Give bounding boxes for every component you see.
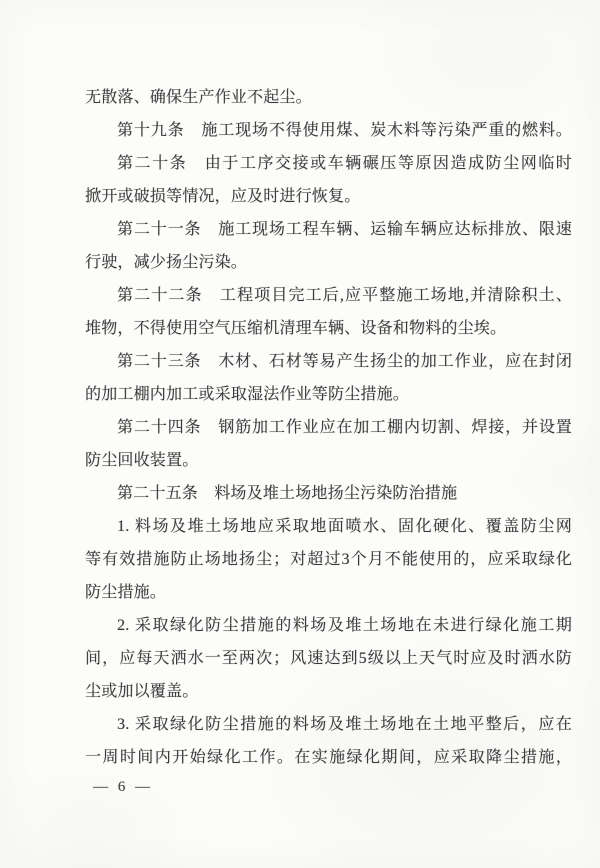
document-page: 无散落、确保生产作业不起尘。第十九条 施工现场不得使用煤、炭木料等污染严重的燃料… <box>0 0 600 868</box>
text-line: 第二十三条 木材、石材等易产生扬尘的加工作业，应在封闭 <box>85 345 572 378</box>
text-line: 间，应每天洒水一至两次；风速达到5级以上天气时应及时洒水防 <box>85 642 572 675</box>
document-body: 无散落、确保生产作业不起尘。第十九条 施工现场不得使用煤、炭木料等污染严重的燃料… <box>85 81 572 774</box>
text-line: 2. 采取绿化防尘措施的料场及堆土场地在未进行绿化施工期 <box>85 609 572 642</box>
text-line: 的加工棚内加工或采取湿法作业等防尘措施。 <box>85 378 572 411</box>
text-line: 第十九条 施工现场不得使用煤、炭木料等污染严重的燃料。 <box>85 114 572 147</box>
text-line: 等有效措施防止场地扬尘；对超过3个月不能使用的，应采取绿化 <box>85 543 572 576</box>
page-number: — 6 — <box>93 779 153 796</box>
text-line: 第二十五条 料场及堆土场地扬尘污染防治措施 <box>85 477 572 510</box>
text-line: 3. 采取绿化防尘措施的料场及堆土场地在土地平整后，应在 <box>85 708 572 741</box>
text-line: 一周时间内开始绿化工作。在实施绿化期间，应采取降尘措施， <box>85 741 572 774</box>
text-line: 第二十四条 钢筋加工作业应在加工棚内切割、焊接，并设置 <box>85 411 572 444</box>
text-line: 行驶，减少扬尘污染。 <box>85 246 572 279</box>
text-line: 1. 料场及堆土场地应采取地面喷水、固化硬化、覆盖防尘网 <box>85 510 572 543</box>
text-line: 堆物，不得使用空气压缩机清理车辆、设备和物料的尘埃。 <box>85 312 572 345</box>
text-line: 尘或加以覆盖。 <box>85 675 572 708</box>
text-line: 防尘措施。 <box>85 576 572 609</box>
text-line: 无散落、确保生产作业不起尘。 <box>85 81 572 114</box>
text-line: 第二十条 由于工序交接或车辆碾压等原因造成防尘网临时 <box>85 147 572 180</box>
text-line: 第二十一条 施工现场工程车辆、运输车辆应达标排放、限速 <box>85 213 572 246</box>
text-line: 第二十二条 工程项目完工后,应平整施工场地,并清除积土、 <box>85 279 572 312</box>
text-line: 防尘回收装置。 <box>85 444 572 477</box>
text-line: 掀开或破损等情况，应及时进行恢复。 <box>85 180 572 213</box>
document-lines: 无散落、确保生产作业不起尘。第十九条 施工现场不得使用煤、炭木料等污染严重的燃料… <box>85 81 572 774</box>
